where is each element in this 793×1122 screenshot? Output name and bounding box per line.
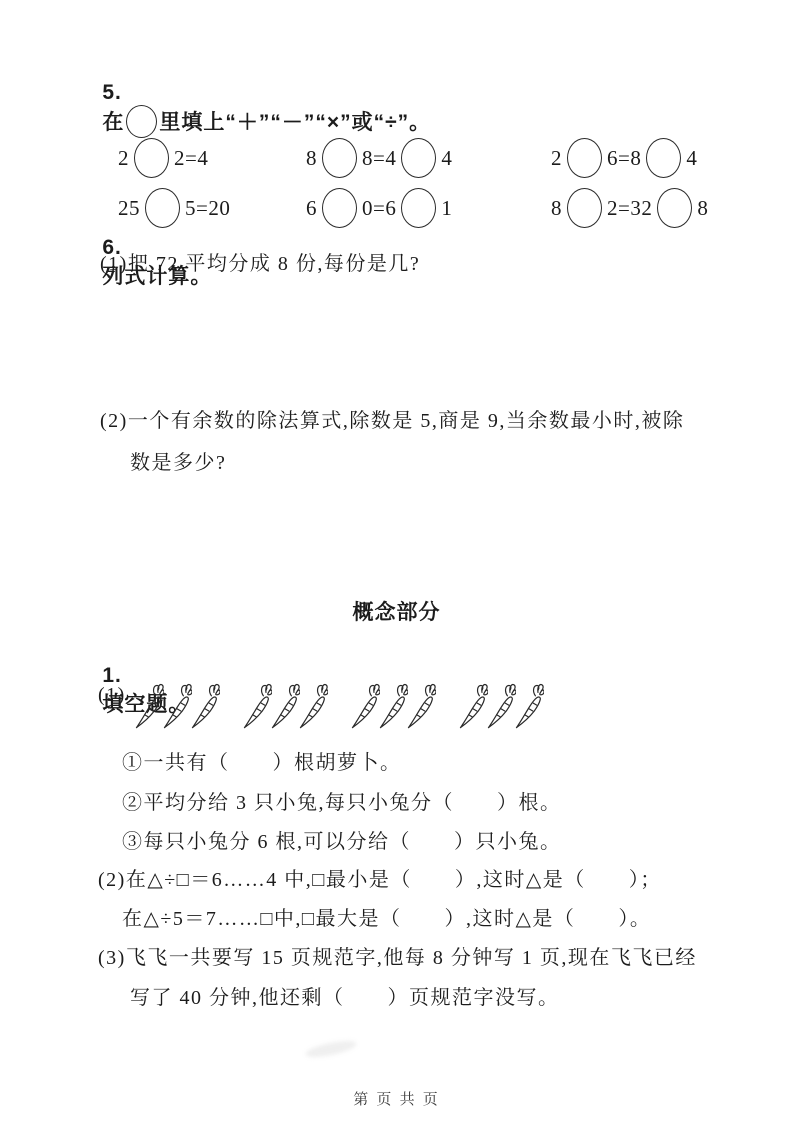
scan-smudge (304, 1038, 357, 1061)
equation-text: 0=6 (362, 196, 396, 220)
answer-circle (657, 188, 692, 228)
fill1-sub1: ①一共有（ ）根胡萝卜。 (122, 746, 402, 775)
fill1-sub2: ②平均分给 3 只小兔,每只小兔分（ ）根。 (122, 786, 562, 815)
q6-item-2-line-2: 数是多少? (130, 446, 226, 475)
carrot-icon (241, 681, 272, 733)
carrot-strip (133, 681, 565, 733)
answer-circle (322, 188, 357, 228)
q6-item-1: (1)把 72 平均分成 8 份,每份是几? (100, 247, 420, 276)
answer-circle (567, 188, 602, 228)
question-5-number: 5. (102, 81, 122, 104)
carrot-icon (133, 681, 164, 733)
carrot-icon (377, 681, 408, 733)
equation-text: 6 (306, 196, 317, 220)
fill2-line-2: 在△÷5＝7……□中,□最大是（ ）,这时△是（ ）。 (122, 902, 651, 931)
carrot-icon (457, 681, 488, 733)
equation: 60=61 (283, 163, 452, 253)
answer-circle (401, 188, 436, 228)
carrot-icon (269, 681, 300, 733)
equation-text: 8 (697, 196, 708, 220)
carrot-group (349, 681, 433, 733)
carrot-icon (297, 681, 328, 733)
equation-text: 2=32 (607, 196, 652, 220)
equation-text: 1 (441, 196, 452, 220)
carrot-icon (513, 681, 544, 733)
fill1-sub3: ③每只小兔分 6 根,可以分给（ ）只小兔。 (122, 825, 562, 854)
carrot-group (457, 681, 541, 733)
equation: 82=328 (528, 163, 708, 253)
carrot-icon (485, 681, 516, 733)
concept-section-heading: 概念部分 (0, 596, 793, 626)
q6-item-2-line-1: (2)一个有余数的除法算式,除数是 5,商是 9,当余数最小时,被除 (100, 404, 684, 433)
carrot-icon (349, 681, 380, 733)
carrot-icon (161, 681, 192, 733)
equation-text: 8 (551, 196, 562, 220)
carrot-icon (405, 681, 436, 733)
worksheet-page: 5. 在里填上“＋”“－”“×”或“÷”。 22=4 88=44 26=84 2… (0, 0, 793, 1122)
carrot-group (241, 681, 325, 733)
carrot-icon (189, 681, 220, 733)
fill2-line-1: (2)在△÷□＝6……4 中,□最小是（ ）,这时△是（ ）； (98, 863, 662, 892)
fill1-label: (1) (98, 684, 126, 707)
carrot-group (133, 681, 217, 733)
fill3-line-2: 写了 40 分钟,他还剩（ ）页规范字没写。 (130, 981, 560, 1010)
fill3-line-1: (3)飞飞一共要写 15 页规范字,他每 8 分钟写 1 页,现在飞飞已经 (98, 941, 697, 970)
page-footer: 第 页 共 页 (0, 1088, 793, 1109)
